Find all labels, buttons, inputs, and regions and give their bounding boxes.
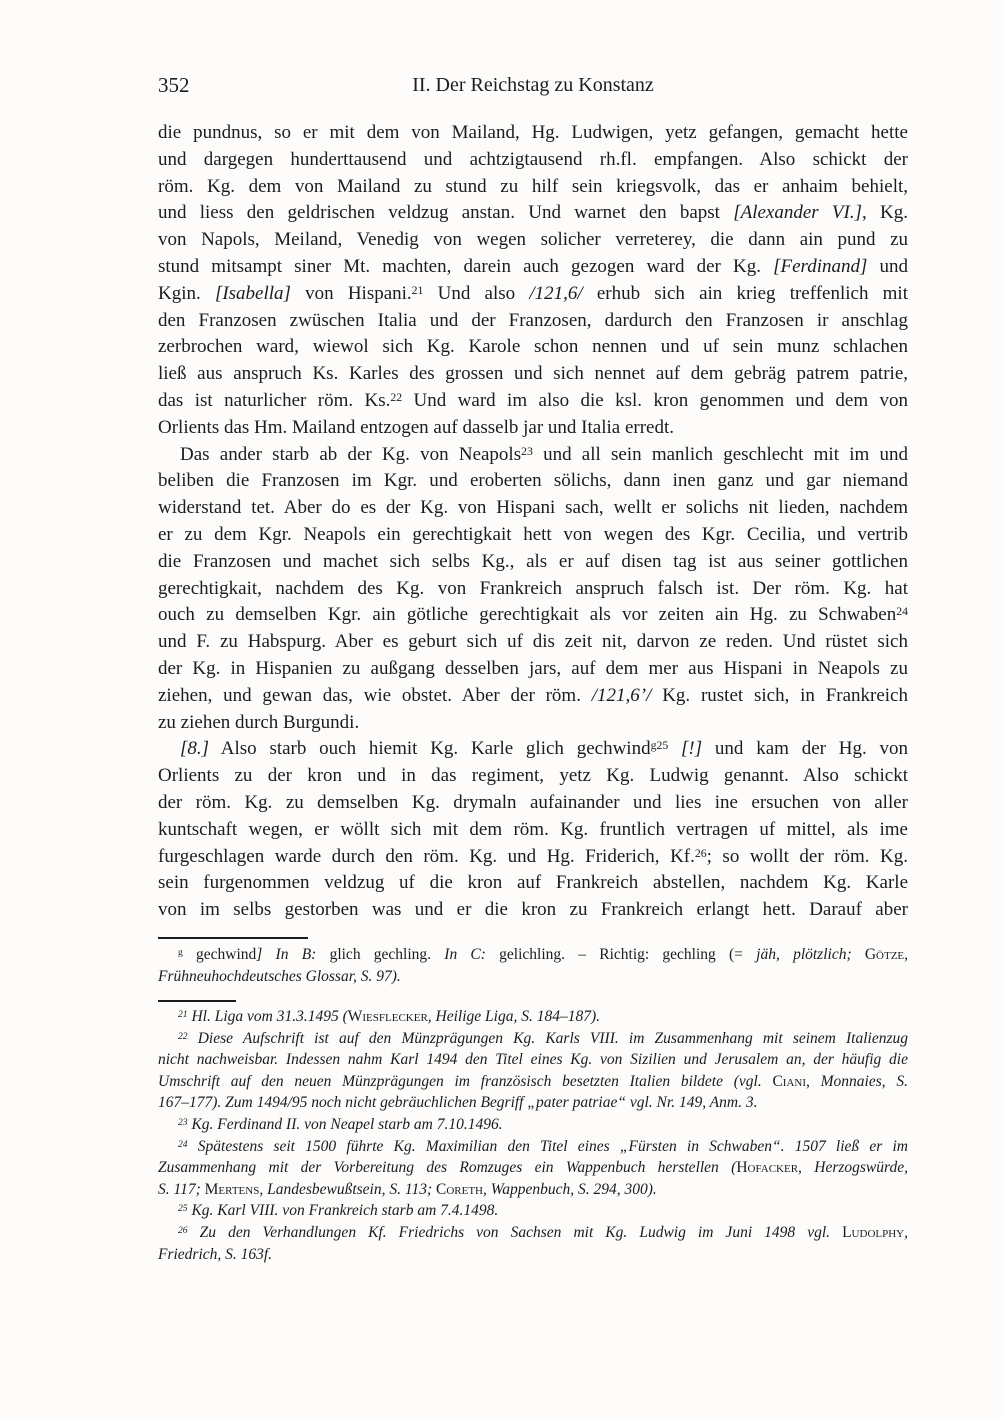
body-line: und liess den geldrischen veldzug anstan…: [158, 200, 908, 227]
running-title: II. Der Reichstag zu Konstanz: [158, 72, 908, 98]
body-line: sein furgenommen veldzug uf die kron auf…: [158, 870, 908, 897]
body-line: zu ziehen durch Burgundi.: [158, 710, 908, 737]
body-line: [8.] Also starb ouch hiemit Kg. Karle gl…: [158, 736, 908, 763]
body-line: er zu dem Kgr. Neapols ein gerechtigkait…: [158, 522, 908, 549]
body-line: beliben die Franzosen im Kgr. und erober…: [158, 468, 908, 495]
apparatus-line: Frühneuhochdeutsches Glossar, S. 97).: [158, 966, 908, 988]
body-line: röm. Kg. dem von Mailand zu stund zu hil…: [158, 174, 908, 201]
footnote-line: 167–177). Zum 1494/95 noch nicht gebräuc…: [158, 1092, 908, 1114]
footnote-divider: [158, 1000, 236, 1002]
body-line: den Franzosen zwüschen Italia und der Fr…: [158, 308, 908, 335]
body-line: stund mitsampt siner Mt. machten, darein…: [158, 254, 908, 281]
body-line: Das ander starb ab der Kg. von Neapols23…: [158, 442, 908, 469]
book-page: 352 II. Der Reichstag zu Konstanz die pu…: [0, 0, 1004, 1418]
footnote-line: 22 Diese Aufschrift ist auf den Münzpräg…: [158, 1028, 908, 1050]
footnote-line: 24 Spätestens seit 1500 führte Kg. Maxim…: [158, 1136, 908, 1158]
apparatus-line: g gechwind] In B: glich gechling. In C: …: [158, 944, 908, 966]
body-paragraph: [8.] Also starb ouch hiemit Kg. Karle gl…: [158, 736, 908, 924]
body-line: ziehen, und gewan das, wie obstet. Aber …: [158, 683, 908, 710]
body-line: und F. zu Habspurg. Aber es geburt sich …: [158, 629, 908, 656]
body-line: ouch zu demselben Kgr. ain götliche gere…: [158, 602, 908, 629]
footnote-line: nicht nachweisbar. Indessen nahm Karl 14…: [158, 1049, 908, 1071]
footnote-line: 21 Hl. Liga vom 31.3.1495 (Wiesflecker, …: [158, 1006, 908, 1028]
body-line: zerbrochen ward, wiewol sich Kg. Karole …: [158, 334, 908, 361]
footnote: 23 Kg. Ferdinand II. von Neapel starb am…: [158, 1114, 908, 1136]
footnote: 21 Hl. Liga vom 31.3.1495 (Wiesflecker, …: [158, 1006, 908, 1028]
body-line: die Franzosen und machet sich selbs Kg.,…: [158, 549, 908, 576]
body-line: und dargegen hunderttausend und achtzigt…: [158, 147, 908, 174]
footnote-line: S. 117; Mertens, Landesbewußtsein, S. 11…: [158, 1179, 908, 1201]
body-line: Orlients zu der kron und in das regiment…: [158, 763, 908, 790]
footnote-line: 25 Kg. Karl VIII. von Frankreich starb a…: [158, 1200, 908, 1222]
body-line: ließ aus anspruch Ks. Karles des grossen…: [158, 361, 908, 388]
footnote: 26 Zu den Verhandlungen Kf. Friedrichs v…: [158, 1222, 908, 1265]
running-header: 352 II. Der Reichstag zu Konstanz: [158, 72, 908, 98]
body-line: von Napols, Meiland, Venedig von wegen s…: [158, 227, 908, 254]
body-line: von im selbs gestorben was und er die kr…: [158, 897, 908, 924]
body-line: das ist naturlicher röm. Ks.22 Und ward …: [158, 388, 908, 415]
footnote: 24 Spätestens seit 1500 führte Kg. Maxim…: [158, 1136, 908, 1201]
body-line: kuntschaft wegen, er wöllt sich mit dem …: [158, 817, 908, 844]
body-line: furgeschlagen warde durch den röm. Kg. u…: [158, 844, 908, 871]
apparatus-note: g gechwind] In B: glich gechling. In C: …: [158, 944, 908, 987]
footnote-line: 26 Zu den Verhandlungen Kf. Friedrichs v…: [158, 1222, 908, 1244]
footnote-line: Umschrift auf den neuen Münzprägungen im…: [158, 1071, 908, 1093]
body-text: die pundnus, so er mit dem von Mailand, …: [158, 120, 908, 924]
body-line: Kgin. [Isabella] von Hispani.21 Und also…: [158, 281, 908, 308]
footnote: 22 Diese Aufschrift ist auf den Münzpräg…: [158, 1028, 908, 1114]
footnote-line: Friedrich, S. 163f.: [158, 1244, 908, 1266]
body-line: Orlients das Hm. Mailand entzogen auf da…: [158, 415, 908, 442]
footnote: 25 Kg. Karl VIII. von Frankreich starb a…: [158, 1200, 908, 1222]
footnote-line: Zusammenhang mit der Vorbereitung des Ro…: [158, 1157, 908, 1179]
body-line: der röm. Kg. zu demselben Kg. drymaln au…: [158, 790, 908, 817]
body-line: die pundnus, so er mit dem von Mailand, …: [158, 120, 908, 147]
body-line: gerechtigkait, nachdem des Kg. von Frank…: [158, 576, 908, 603]
footnotes: 21 Hl. Liga vom 31.3.1495 (Wiesflecker, …: [158, 1006, 908, 1265]
page-number: 352: [158, 72, 190, 98]
footnote-line: 23 Kg. Ferdinand II. von Neapel starb am…: [158, 1114, 908, 1136]
body-line: widerstand tet. Aber do es der Kg. von H…: [158, 495, 908, 522]
body-paragraph: die pundnus, so er mit dem von Mailand, …: [158, 120, 908, 442]
body-paragraph: Das ander starb ab der Kg. von Neapols23…: [158, 442, 908, 737]
apparatus-divider: [158, 937, 308, 939]
body-line: der Kg. in Hispanien zu außgang desselbe…: [158, 656, 908, 683]
